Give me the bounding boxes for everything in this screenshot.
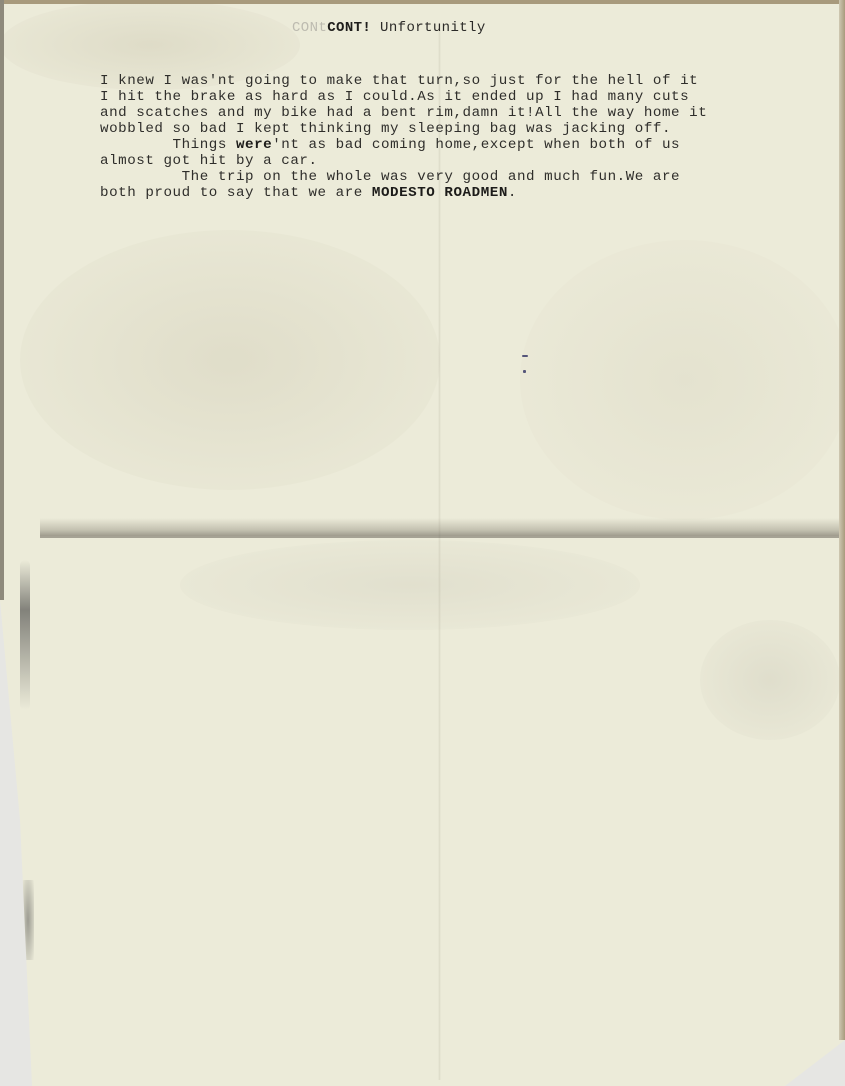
text-line: The trip on the whole was very good and … — [100, 169, 707, 185]
stain — [180, 540, 640, 630]
stain — [700, 620, 840, 740]
ink-speck — [523, 370, 526, 373]
heading-ghost-prefix: CONt — [292, 20, 327, 36]
text-line: wobbled so bad I kept thinking my sleepi… — [100, 121, 707, 137]
text-line: almost got hit by a car. — [100, 153, 707, 169]
text-line: both proud to say that we are MODESTO RO… — [100, 185, 707, 201]
ink-speck — [522, 355, 528, 357]
scan-border-right — [839, 0, 845, 1040]
scanned-page: CONtCONT! Unfortunitly I knew I was'nt g… — [0, 0, 845, 1086]
stain — [520, 240, 845, 520]
paper-sheet: CONtCONT! Unfortunitly I knew I was'nt g… — [0, 0, 845, 1086]
text-line: I knew I was'nt going to make that turn,… — [100, 73, 707, 89]
text-line: Things were'nt as bad coming home,except… — [100, 137, 707, 153]
horizontal-fold-shadow — [40, 518, 845, 538]
heading-title: Unfortunitly — [380, 20, 486, 36]
page-heading: CONtCONT! Unfortunitly — [292, 20, 486, 36]
text-line: and scatches and my bike had a bent rim,… — [100, 105, 707, 121]
scan-border-top — [0, 0, 845, 4]
stain — [20, 230, 440, 490]
horizontal-fold-crease — [40, 537, 845, 538]
edge-smudge — [22, 880, 34, 960]
emphasized-text: were — [236, 137, 272, 153]
heading-cont-label: CONT! — [327, 20, 371, 36]
edge-smudge — [20, 560, 30, 710]
typed-body: I knew I was'nt going to make that turn,… — [100, 73, 707, 201]
text-line: I hit the brake as hard as I could.As it… — [100, 89, 707, 105]
emphasized-text: MODESTO ROADMEN — [372, 185, 508, 201]
scan-border-left — [0, 0, 4, 600]
